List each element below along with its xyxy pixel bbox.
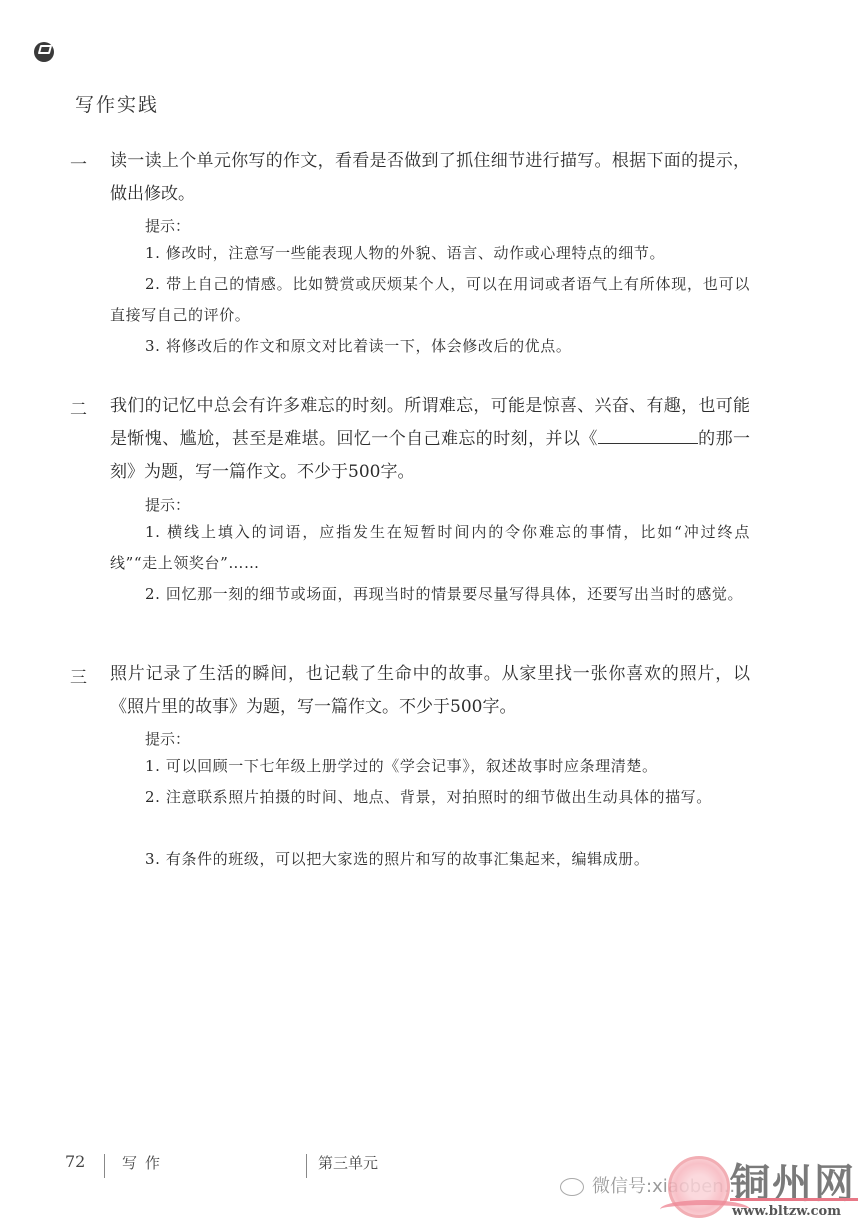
hint-item: 1. 修改时，注意写一些能表现人物的外貌、语言、动作或心理特点的细节。 <box>110 238 750 269</box>
exercise-prompt: 读一读上个单元你写的作文，看看是否做到了抓住细节进行描写。根据下面的提示，做出修… <box>110 145 750 211</box>
hint-item: 2. 回忆那一刻的细节或场面，再现当时的情景要尽量写得具体，还要写出当时的感觉。 <box>110 579 750 610</box>
brand-url: www.bltzw.com <box>732 1204 841 1219</box>
hint-item: 3. 有条件的班级，可以把大家选的照片和写的故事汇集起来，编辑成册。 <box>110 844 750 875</box>
hint-label: 提示： <box>145 728 190 749</box>
hint-item: 2. 带上自己的情感。比如赞赏或厌烦某个人，可以在用词或者语气上有所体现，也可以… <box>110 269 750 331</box>
watermark: 微信号:xiaoben... 铜州网 www.bltzw.com <box>560 1150 862 1225</box>
prompt-text: 读一读上个单元你写的作文，看看是否做到了抓住细节进行描写。根据下面的提 <box>110 151 716 171</box>
page-number: 72 <box>65 1152 85 1171</box>
title-bracket: 《 <box>580 429 597 449</box>
footer-divider <box>104 1154 105 1178</box>
footer-divider <box>306 1154 307 1178</box>
writing-badge-icon <box>34 42 54 62</box>
wechat-label: 微信号: <box>592 1176 652 1197</box>
footer-unit: 第三单元 <box>318 1152 378 1173</box>
exercise-number: 二 <box>70 395 87 420</box>
exercise-prompt: 照片记录了生活的瞬间，也记载了生命中的故事。从家里找一张你喜欢的照片，以《照片里… <box>110 658 750 724</box>
exercise-prompt: 我们的记忆中总会有许多难忘的时刻。所谓难忘，可能是惊喜、兴奋、有趣，也可能是惭愧… <box>110 390 750 489</box>
fill-in-blank <box>598 425 698 444</box>
hint-item: 3. 将修改后的作文和原文对比着读一下，体会修改后的优点。 <box>110 331 750 362</box>
exercise-number: 一 <box>70 150 87 175</box>
footer-section: 写作 <box>122 1152 168 1173</box>
wechat-icon <box>560 1178 584 1196</box>
section-title: 写作实践 <box>75 90 159 117</box>
exercise-number: 三 <box>70 663 87 688</box>
hint-item: 2. 注意联系照片拍摄的时间、地点、背景，对拍照时的细节做出生动具体的描写。 <box>110 782 750 813</box>
hint-label: 提示： <box>145 494 190 515</box>
brand-underline <box>730 1198 858 1201</box>
hint-item: 1. 可以回顾一下七年级上册学过的《学会记事》，叙述故事时应条理清楚。 <box>110 751 750 782</box>
hint-item: 1. 横线上填入的词语，应指发生在短暂时间内的令你难忘的事情，比如“冲过终点线”… <box>110 517 750 579</box>
hint-label: 提示： <box>145 215 190 236</box>
